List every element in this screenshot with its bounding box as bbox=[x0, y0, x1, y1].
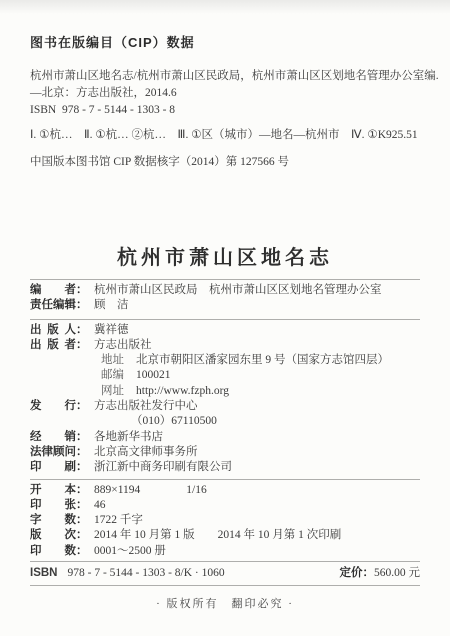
cip-block: 杭州市萧山区地名志/杭州市萧山区民政局，杭州市萧山区区划地名管理办公室编. —北… bbox=[30, 68, 420, 171]
sales-value: 各地新华书店 bbox=[94, 430, 163, 445]
legal-counsel-label: 法律顾问： bbox=[30, 445, 94, 460]
row-publisher-person: 出 版 人： 冀祥德 bbox=[30, 323, 420, 338]
page-content: 图书在版编目（CIP）数据 杭州市萧山区地名志/杭州市萧山区民政局，杭州市萧山区… bbox=[0, 0, 450, 611]
cip-record-number-line: 中国版本图书馆 CIP 数据核字（2014）第 127566 号 bbox=[30, 154, 420, 171]
legal-counsel-value: 北京高文律师事务所 bbox=[94, 445, 198, 460]
print-run-label: 印 数： bbox=[30, 544, 94, 559]
sheets-label: 印 张： bbox=[30, 498, 94, 513]
publisher-person-label: 出 版 人： bbox=[30, 323, 94, 338]
word-count-value: 1722 千字 bbox=[94, 513, 143, 528]
editor-section: 编 者： 杭州市萧山区民政局 杭州市萧山区区划地名管理办公室 责任编辑： 顾 洁 bbox=[30, 283, 420, 314]
managing-editor-label: 责任编辑： bbox=[30, 298, 94, 313]
row-sales: 经 销： 各地新华书店 bbox=[30, 430, 420, 445]
address-value: 北京市朝阳区潘家园东里 9 号（国家方志馆四层） bbox=[136, 353, 389, 368]
sheets-value: 46 bbox=[94, 498, 106, 513]
row-legal-counsel: 法律顾问： 北京高文律师事务所 bbox=[30, 445, 420, 460]
website-url: http://www.fzph.org bbox=[136, 384, 229, 399]
postcode-value: 100021 bbox=[136, 368, 171, 383]
address-label: 地址 bbox=[101, 353, 124, 368]
cip-imprint-line: —北京：方志出版社，2014.6 bbox=[30, 85, 420, 102]
distribution-phone: （010）67110500 bbox=[131, 414, 217, 429]
print-spec-section: 开 本： 889×1194 1/16 印 张： 46 字 数： 1722 千字 … bbox=[30, 483, 420, 559]
row-distribution-phone: （010）67110500 bbox=[30, 414, 420, 429]
copyright-page: 图书在版编目（CIP）数据 杭州市萧山区地名志/杭州市萧山区民政局，杭州市萧山区… bbox=[0, 0, 450, 636]
isbn-line: ISBN978 - 7 - 5144 - 1303 - 8/K · 1060 bbox=[30, 563, 225, 584]
distribution-value: 方志出版社发行中心 bbox=[94, 399, 198, 414]
publisher-label: 出 版 者： bbox=[30, 338, 94, 353]
row-publisher-postcode: 邮编 100021 bbox=[30, 368, 420, 383]
row-word-count: 字 数： 1722 千字 bbox=[30, 513, 420, 528]
row-sheets: 印 张： 46 bbox=[30, 498, 420, 513]
managing-editor-value: 顾 洁 bbox=[94, 298, 129, 313]
distribution-label: 发 行： bbox=[30, 399, 94, 414]
isbn-prefix: ISBN bbox=[30, 567, 57, 579]
row-publisher: 出 版 者： 方志出版社 bbox=[30, 338, 420, 353]
row-distribution: 发 行： 方志出版社发行中心 bbox=[30, 399, 420, 414]
price-label: 定价： bbox=[340, 567, 375, 579]
cip-description-line: 杭州市萧山区地名志/杭州市萧山区民政局，杭州市萧山区区划地名管理办公室编. bbox=[30, 68, 420, 85]
price-value: 560.00 元 bbox=[374, 567, 420, 579]
editor-label: 编 者： bbox=[30, 283, 94, 298]
price: 定价：560.00 元 bbox=[340, 563, 421, 584]
cip-classification-line: Ⅰ. ①杭… Ⅱ. ①杭… ②杭… Ⅲ. ①区（城市）—地名—杭州市 Ⅳ. ①K… bbox=[30, 127, 420, 144]
copyright-notice: · 版权所有 翻印必究 · bbox=[30, 595, 420, 611]
publisher-person-value: 冀祥德 bbox=[94, 323, 129, 338]
edition-label: 版 次： bbox=[30, 528, 94, 543]
isbn-number: 978 - 7 - 5144 - 1303 - 8/K · 1060 bbox=[67, 567, 224, 579]
edition-value: 2014 年 10 月第 1 版 2014 年 10 月第 1 次印刷 bbox=[94, 528, 341, 543]
format-value: 889×1194 1/16 bbox=[94, 483, 207, 498]
row-printer: 印 刷： 浙江新中商务印刷有限公司 bbox=[30, 460, 420, 475]
website-label: 网址 bbox=[101, 384, 124, 399]
editor-value: 杭州市萧山区民政局 杭州市萧山区区划地名管理办公室 bbox=[94, 283, 382, 298]
isbn-price-row: ISBN978 - 7 - 5144 - 1303 - 8/K · 1060 定… bbox=[30, 562, 420, 585]
divider-printer-specs bbox=[30, 479, 420, 480]
print-run-value: 0001～2500 册 bbox=[94, 544, 166, 559]
row-edition: 版 次： 2014 年 10 月第 1 版 2014 年 10 月第 1 次印刷 bbox=[30, 528, 420, 543]
sales-label: 经 销： bbox=[30, 430, 94, 445]
publisher-value: 方志出版社 bbox=[94, 338, 152, 353]
printer-label: 印 刷： bbox=[30, 460, 94, 475]
row-format: 开 本： 889×1194 1/16 bbox=[30, 483, 420, 498]
divider-isbn-footer bbox=[30, 585, 420, 586]
postcode-label: 邮编 bbox=[101, 368, 124, 383]
cip-heading: 图书在版编目（CIP）数据 bbox=[30, 34, 420, 52]
divider-under-title bbox=[30, 279, 420, 280]
row-publisher-address: 地址 北京市朝阳区潘家园东里 9 号（国家方志馆四层） bbox=[30, 353, 420, 368]
format-label: 开 本： bbox=[30, 483, 94, 498]
printer-value: 浙江新中商务印刷有限公司 bbox=[94, 460, 232, 475]
row-editor: 编 者： 杭州市萧山区民政局 杭州市萧山区区划地名管理办公室 bbox=[30, 283, 420, 298]
cip-isbn-line: ISBN 978 - 7 - 5144 - 1303 - 8 bbox=[30, 102, 420, 119]
row-print-run: 印 数： 0001～2500 册 bbox=[30, 544, 420, 559]
publisher-section: 出 版 人： 冀祥德 出 版 者： 方志出版社 地址 北京市朝阳区潘家园东里 9… bbox=[30, 323, 420, 476]
row-publisher-website: 网址 http://www.fzph.org bbox=[30, 384, 420, 399]
row-managing-editor: 责任编辑： 顾 洁 bbox=[30, 298, 420, 313]
word-count-label: 字 数： bbox=[30, 513, 94, 528]
book-title: 杭州市萧山区地名志 bbox=[30, 245, 420, 271]
divider-editor-publisher bbox=[30, 319, 420, 320]
